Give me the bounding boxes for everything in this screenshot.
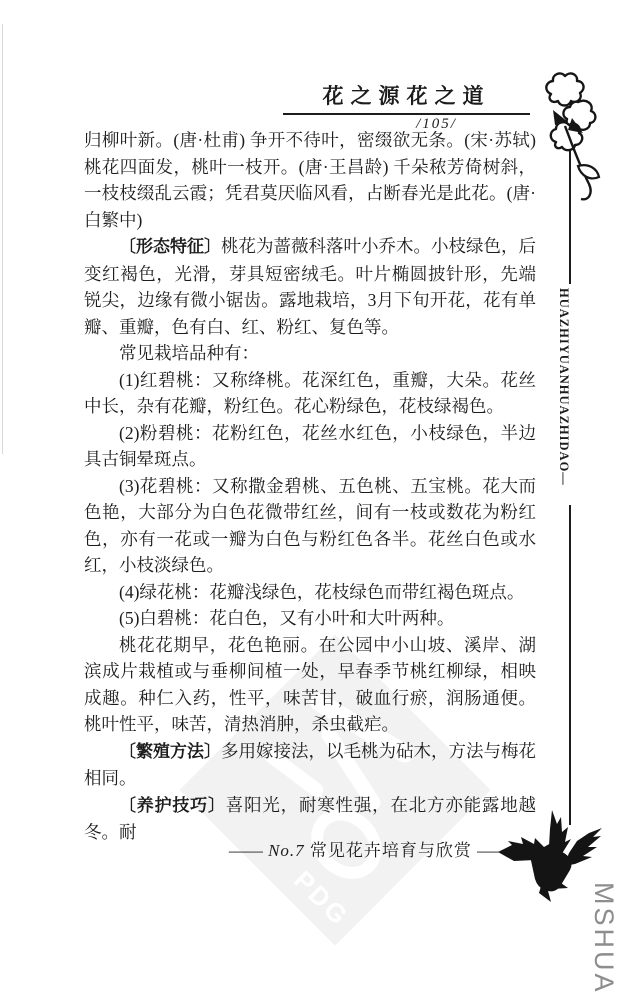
- paragraph: 常见栽培品种有：: [84, 340, 536, 367]
- page-edge-line: [2, 24, 3, 454]
- section-heading: 〔繁殖方法〕: [119, 742, 221, 761]
- footer-series-number: No.7: [268, 841, 305, 860]
- page-number: /105/: [283, 116, 530, 133]
- page-header: 花之源花之道 /105/: [283, 80, 530, 133]
- mshua-watermark-text: MSHUA: [588, 882, 619, 1001]
- paragraph: (2)粉碧桃：花粉红色，花丝水红色，小枝绿色，半边具古铜晕斑点。: [84, 420, 536, 473]
- book-title: 花之源花之道: [283, 80, 530, 115]
- body-text: 归柳叶新。(唐·杜甫) 争开不待叶，密缀欲无条。(宋·苏轼) 桃花四面发，桃叶一…: [84, 127, 536, 846]
- paragraph: 桃花花期早，花色艳丽。在公园中小山坡、溪岸、湖滨成片栽植或与垂柳间植一处，早春季…: [84, 632, 536, 738]
- right-margin-rule-bottom: [569, 505, 571, 825]
- footer-series-title: 常见花卉培育与欣赏: [310, 841, 472, 860]
- paragraph: (1)红碧桃：又称绛桃。花深红色，重瓣，大朵。花丝中长，杂有花瓣，粉红色。花心粉…: [84, 367, 536, 420]
- paragraph: 〔形态特征〕桃花为蔷薇科落叶小乔木。小枝绿色，后变红褐色，光滑，芽具短密绒毛。叶…: [84, 233, 536, 340]
- flower-outline-icon: [520, 72, 610, 208]
- vertical-pinyin-title: HUAZHIYUANHUAZHIDAO—: [556, 288, 571, 510]
- scanned-book-page: PDG 花之源花之道 /105/ HUAZHIYUANHUAZHIDAO— 归柳…: [0, 0, 639, 1001]
- footer-left-dash: ——: [229, 841, 263, 860]
- section-heading: 〔形态特征〕: [119, 237, 221, 256]
- section-heading: 〔养护技巧〕: [119, 796, 226, 815]
- paragraph: (3)花碧桃：又称撒金碧桃、五色桃、五宝桃。花大而色艳，大部分为白色花微带红丝，…: [84, 473, 536, 579]
- paragraph: (4)绿花桃：花瓣浅绿色，花枝绿色而带红褐色斑点。: [84, 579, 536, 606]
- paragraph: (5)白碧桃：花白色，又有小叶和大叶两种。: [84, 605, 536, 632]
- paragraph: 〔繁殖方法〕多用嫁接法，以毛桃为砧木，方法与梅花相同。: [84, 738, 536, 792]
- paragraph: 归柳叶新。(唐·杜甫) 争开不待叶，密缀欲无条。(宋·苏轼) 桃花四面发，桃叶一…: [84, 127, 536, 233]
